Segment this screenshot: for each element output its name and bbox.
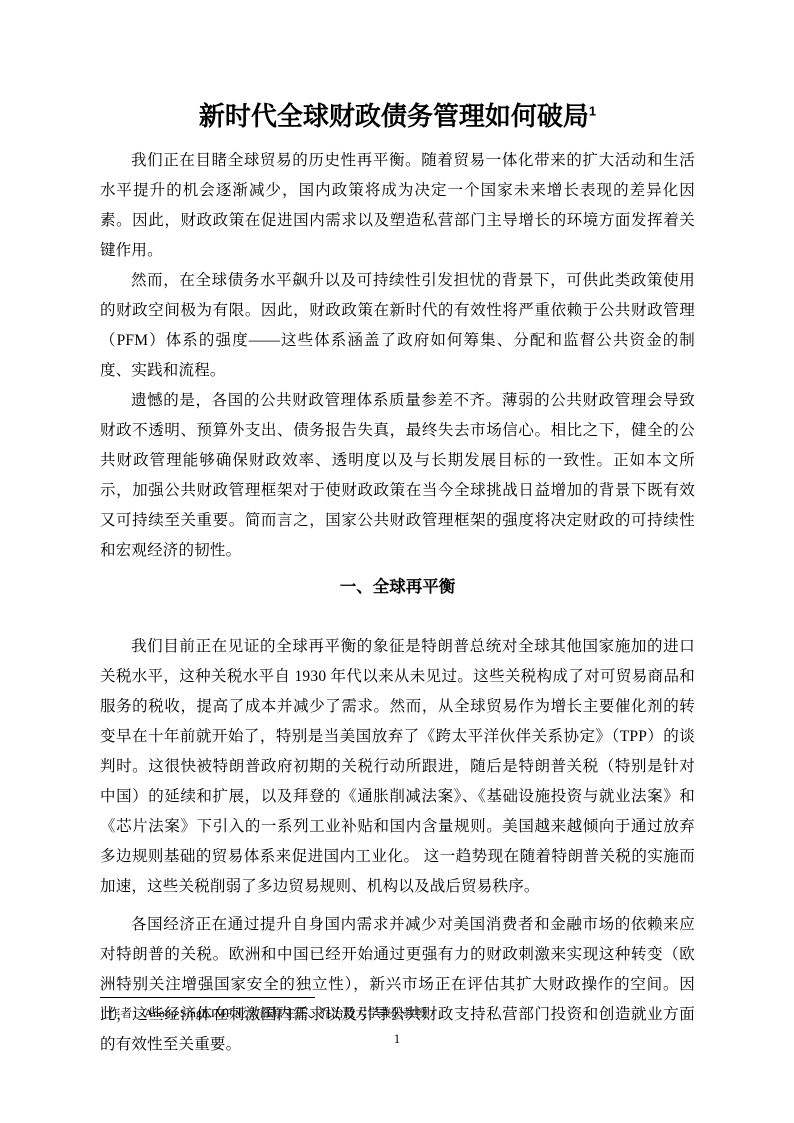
document-page: 新时代全球财政债务管理如何破局1 我们正在目睹全球贸易的历史性再平衡。随着贸易一… (0, 0, 794, 1123)
section-paragraph-1: 我们目前正在见证的全球再平衡的象征是特朗普总统对全球其他国家施加的进口关税水平，… (100, 632, 695, 902)
intro-paragraph-3: 遗憾的是，各国的公共财政管理体系质量参差不齐。薄弱的公共财政管理会导致财政不透明… (100, 386, 695, 566)
document-title-text: 新时代全球财政债务管理如何破局 (199, 101, 589, 131)
document-content: 新时代全球财政债务管理如何破局1 我们正在目睹全球贸易的历史性再平衡。随着贸易一… (100, 99, 695, 1060)
intro-paragraph-1: 我们正在目睹全球贸易的历史性再平衡。随着贸易一体化带来的扩大活动和生活水平提升的… (100, 146, 695, 266)
footnote-marker: 1 (100, 1004, 104, 1014)
section-heading: 一、全球再平衡 (100, 572, 695, 602)
page-number: 1 (0, 1031, 794, 1048)
title-footnote-ref: 1 (589, 103, 596, 118)
footnote-area: 1作者：Anoop Singh IMF 亚太部原主任、乔治敦大学兼职教授 (100, 997, 695, 1022)
intro-paragraph-2: 然而，在全球债务水平飙升以及可持续性引发担忧的背景下，可供此类政策使用的财政空间… (100, 266, 695, 386)
footnote-text: 作者：Anoop Singh IMF 亚太部原主任、乔治敦大学兼职教授 (108, 1006, 427, 1020)
document-title: 新时代全球财政债务管理如何破局1 (100, 99, 695, 133)
footnote-separator-line (100, 997, 315, 998)
footnote: 1作者：Anoop Singh IMF 亚太部原主任、乔治敦大学兼职教授 (100, 1005, 695, 1022)
